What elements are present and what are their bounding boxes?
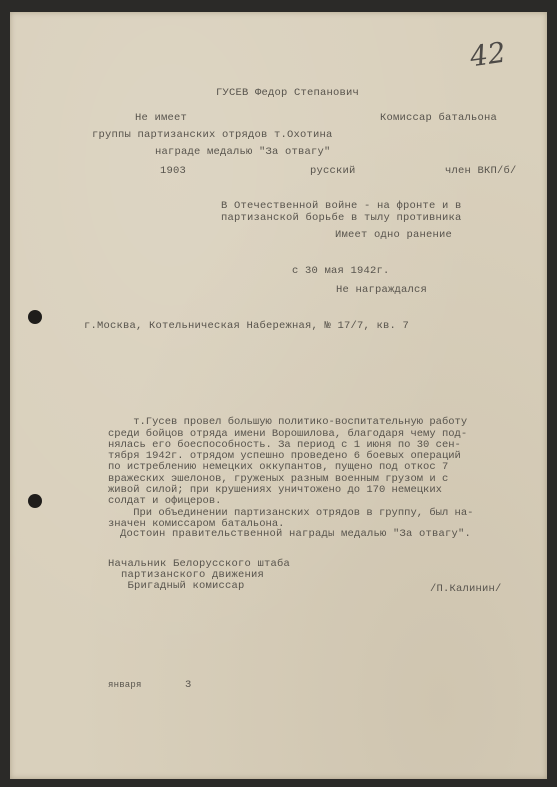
document-page — [10, 12, 547, 779]
handwritten-folio-number: 42 — [468, 36, 508, 74]
home-address: г.Москва, Котельническая Набережная, № 1… — [84, 321, 409, 332]
punch-hole — [28, 310, 42, 324]
award-requested: награде медалью "За отвагу" — [155, 147, 331, 158]
conclusion: Достоин правительственной награды медаль… — [120, 529, 471, 540]
war-participation-line2: партизанской борьбе в тылу противника — [221, 213, 462, 224]
signatory-name: /П.Калинин/ — [430, 584, 502, 595]
nationality: русский — [310, 166, 356, 177]
unit: группы партизанских отрядов т.Охотина — [92, 130, 333, 141]
service-since: с 30 мая 1942г. — [292, 266, 390, 277]
wounds: Имеет одно ранение — [335, 230, 452, 241]
birth-year: 1903 — [160, 166, 186, 177]
date-month: января — [108, 680, 142, 691]
military-rank: Не имеет — [135, 113, 187, 124]
previous-awards: Не награждался — [336, 285, 427, 296]
party-membership: член ВКП/б/ — [445, 166, 517, 177]
person-name: ГУСЕВ Федор Степанович — [216, 88, 359, 99]
citation-text: т.Гусев провел большую политико-воспитат… — [108, 406, 473, 542]
punch-hole — [28, 494, 42, 508]
war-participation-line1: В Отечественной войне - на фронте и в — [221, 201, 462, 212]
citation-line: т.Гусев провел большую политико-воспитат… — [108, 417, 473, 428]
signatory-title-line3: Бригадный комиссар — [108, 581, 245, 592]
position: Комиссар батальона — [380, 113, 497, 124]
date-day: 3 — [185, 680, 192, 691]
citation-line: солдат и офицеров. — [108, 496, 473, 507]
